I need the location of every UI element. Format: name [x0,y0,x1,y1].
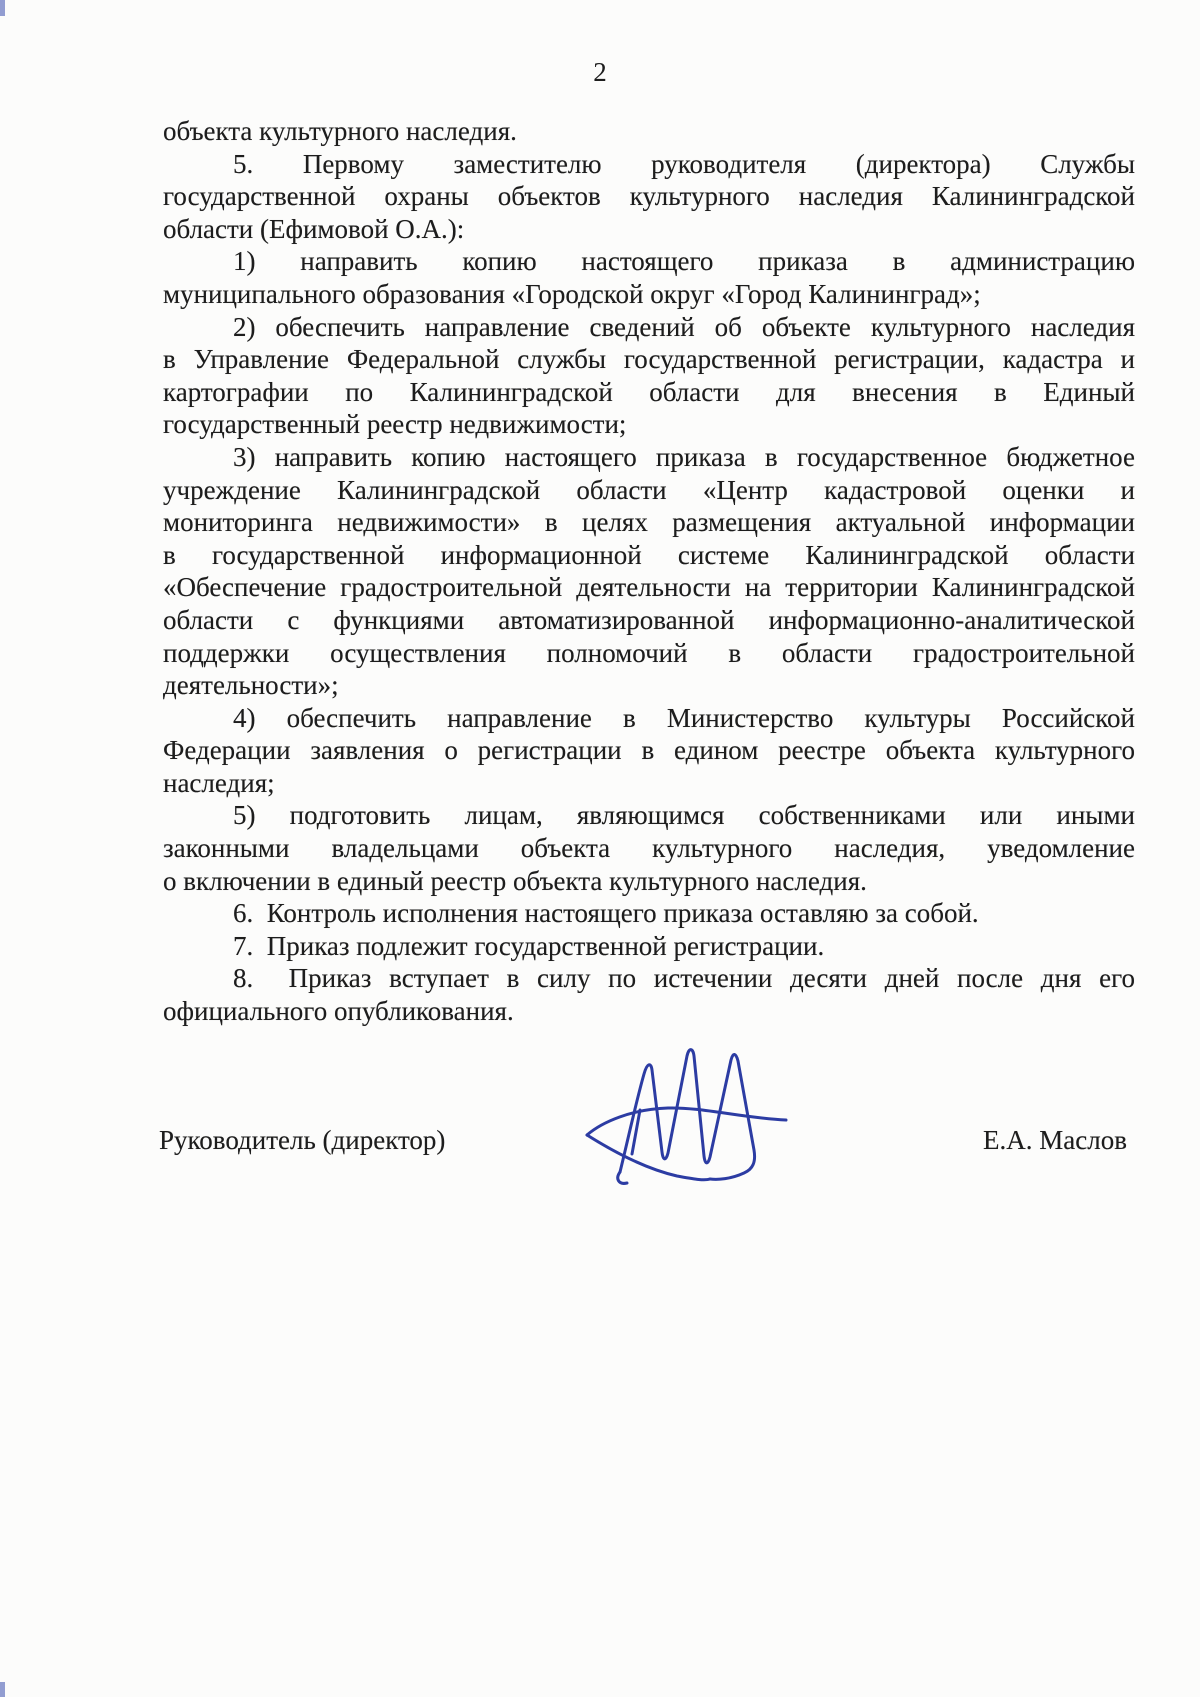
text-line: в Управление Федеральной службы государс… [163,343,1135,376]
scan-edge-artifact [0,0,5,16]
text-line: 7. Приказ подлежит государственной регис… [163,930,1135,963]
text-line: Федерации заявления о регистрации в един… [163,734,1135,767]
paragraph-item-6: 6. Контроль исполнения настоящего приказ… [163,897,1135,930]
text-line: «Обеспечение градостроительной деятельно… [163,571,1135,604]
text-line: 5) подготовить лицам, являющимся собстве… [163,799,1135,832]
text-line: официального опубликования. [163,995,1135,1028]
paragraph-item-8: 8. Приказ вступает в силу по истечении д… [163,962,1135,1027]
paragraph-subitem-4: 4) обеспечить направление в Министерство… [163,702,1135,800]
signer-name: Е.А. Маслов [983,1124,1127,1156]
handwritten-signature [574,1036,799,1191]
paragraph-item-7: 7. Приказ подлежит государственной регис… [163,930,1135,963]
paragraph-subitem-2: 2) обеспечить направление сведений об об… [163,311,1135,441]
text-line: поддержки осуществления полномочий в обл… [163,637,1135,670]
text-line: 6. Контроль исполнения настоящего приказ… [163,897,1135,930]
text-line: области (Ефимовой О.А.): [163,213,1135,246]
text-line: муниципального образования «Городской ок… [163,278,1135,311]
text-line: мониторинга недвижимости» в целях размещ… [163,506,1135,539]
document-body: объекта культурного наследия.5. Первому … [163,115,1135,1028]
paragraph-continuation: объекта культурного наследия. [163,115,1135,148]
signer-role: Руководитель (директор) [159,1124,445,1156]
text-line: государственный реестр недвижимости; [163,408,1135,441]
text-line: учреждение Калининградской области «Цент… [163,474,1135,507]
text-line: законными владельцами объекта культурног… [163,832,1135,865]
page-number: 2 [0,57,1200,87]
paragraph-subitem-1: 1) направить копию настоящего приказа в … [163,245,1135,310]
text-line: области с функциями автоматизированной и… [163,604,1135,637]
paragraph-subitem-3: 3) направить копию настоящего приказа в … [163,441,1135,702]
text-line: в государственной информационной системе… [163,539,1135,572]
paragraph-subitem-5: 5) подготовить лицам, являющимся собстве… [163,799,1135,897]
paragraph-item-5: 5. Первому заместителю руководителя (дир… [163,148,1135,246]
text-line: 5. Первому заместителю руководителя (дир… [163,148,1135,181]
text-line: государственной охраны объектов культурн… [163,180,1135,213]
text-line: 4) обеспечить направление в Министерство… [163,702,1135,735]
text-line: 8. Приказ вступает в силу по истечении д… [163,962,1135,995]
scan-edge-artifact [0,1682,5,1697]
text-line: деятельности»; [163,669,1135,702]
text-line: 3) направить копию настоящего приказа в … [163,441,1135,474]
text-line: наследия; [163,767,1135,800]
text-line: 2) обеспечить направление сведений об об… [163,311,1135,344]
text-line: картографии по Калининградской области д… [163,376,1135,409]
text-line: 1) направить копию настоящего приказа в … [163,245,1135,278]
text-line: о включении в единый реестр объекта куль… [163,865,1135,898]
text-line: объекта культурного наследия. [163,115,1135,148]
